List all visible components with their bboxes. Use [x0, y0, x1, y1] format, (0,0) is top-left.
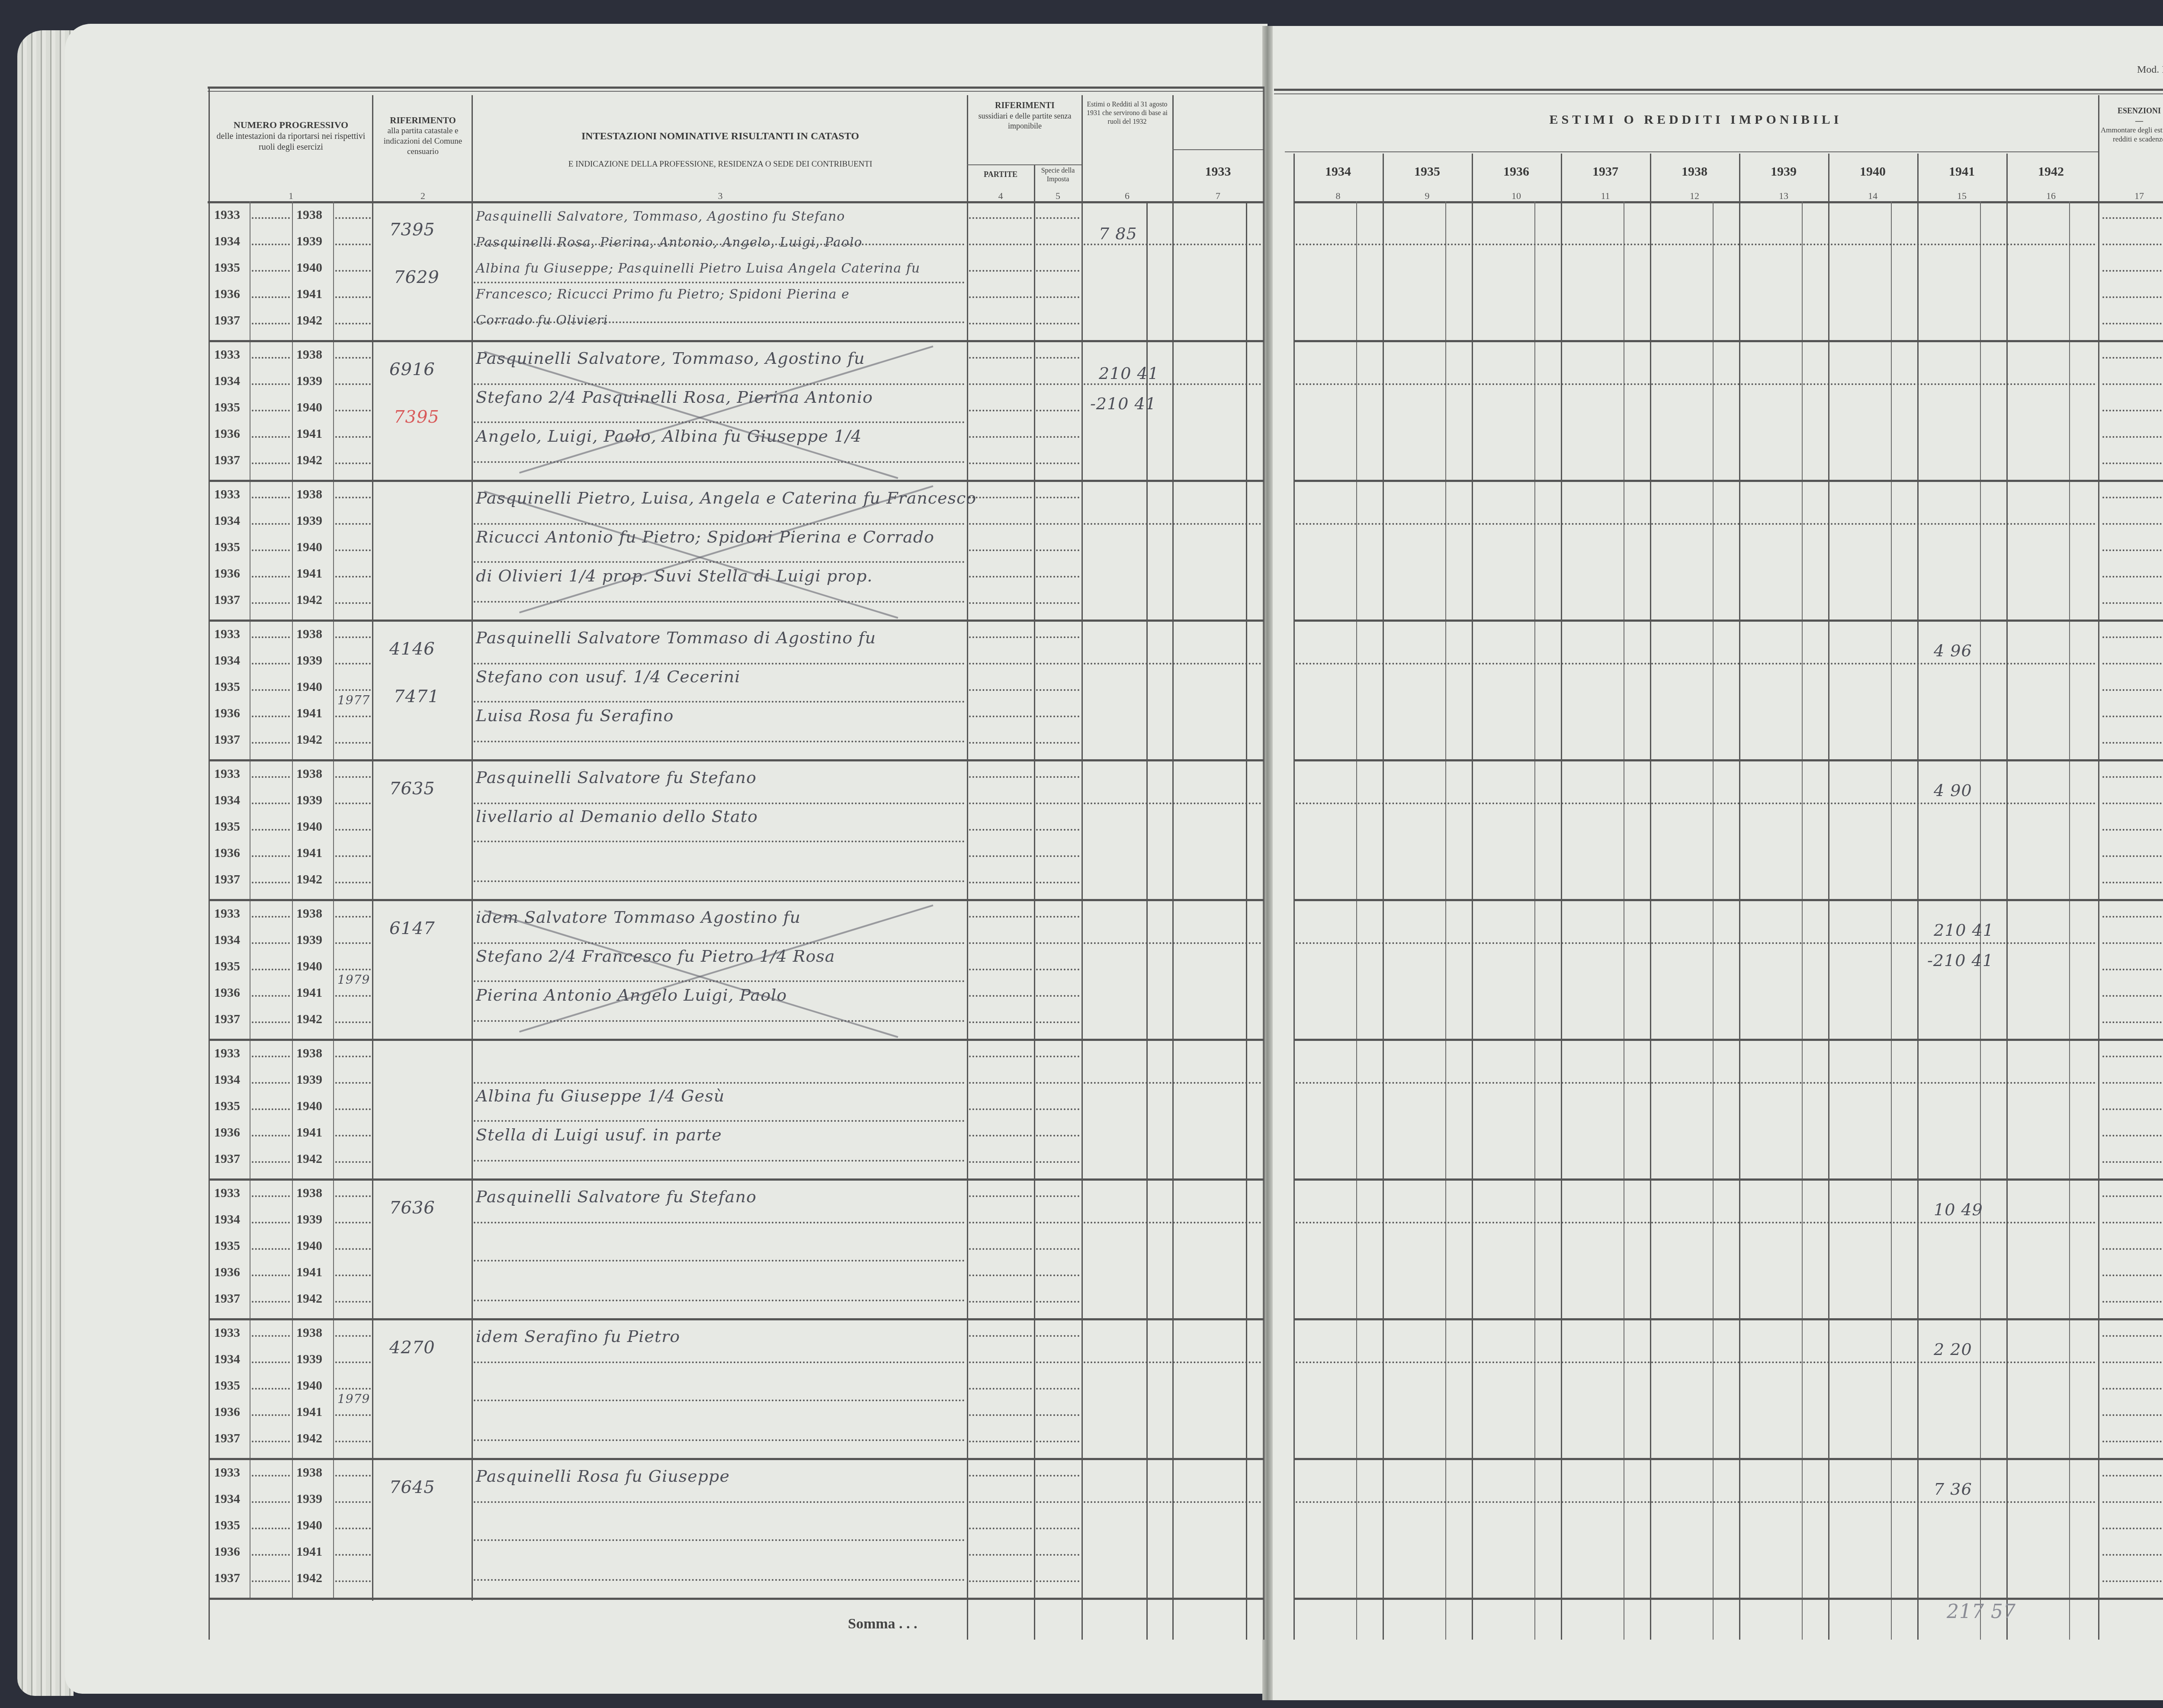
dotted-fill: [1036, 995, 1079, 997]
dotted-fill: [474, 1222, 965, 1223]
dotted-fill: [1036, 217, 1079, 219]
block-divider-right: [1293, 899, 2163, 901]
dotted-fill: [474, 1260, 965, 1262]
dotted-fill: [1036, 882, 1079, 883]
year-label: 1942: [296, 1571, 322, 1586]
year-header-1937: 1937: [1561, 164, 1650, 179]
intestazione-line: Luisa Rosa fu Serafino: [476, 706, 674, 725]
partita-note: 1977: [337, 693, 370, 707]
col3-subtitle: E INDICAZIONE DELLA PROFESSIONE, RESIDEN…: [474, 159, 967, 170]
dotted-fill: [1036, 357, 1079, 359]
dotted-fill: [1084, 803, 1261, 804]
dotted-fill: [335, 882, 371, 883]
dotted-fill: [969, 576, 1032, 578]
dotted-fill: [335, 576, 371, 578]
intestazione-line: Pasquinelli Rosa, Pierina, Antonio, Ange…: [476, 235, 862, 250]
dotted-fill: [335, 1441, 371, 1442]
dotted-fill: [1036, 1301, 1079, 1303]
year-label: 1933: [214, 627, 240, 642]
dotted-fill: [969, 1475, 1032, 1477]
dotted-fill: [335, 916, 371, 918]
dotted-fill: [969, 323, 1032, 324]
estimi-group-title: ESTIMI O REDDITI IMPONIBILI: [1293, 112, 2098, 128]
year-label: 1936: [214, 287, 240, 302]
dotted-fill: [1036, 1222, 1079, 1223]
dotted-fill: [969, 995, 1032, 997]
year-label: 1933: [214, 1186, 240, 1201]
dotted-fill: [1036, 1161, 1079, 1163]
partita-number: 6916: [389, 360, 435, 379]
dotted-fill: [969, 969, 1032, 970]
year-label: 1940: [296, 959, 322, 974]
dotted-fill: [2102, 1275, 2163, 1276]
year-label: 1942: [296, 1152, 322, 1166]
somma-1941-value: 217 57: [1947, 1601, 2016, 1623]
dotted-fill: [252, 1554, 290, 1556]
year-label: 1933: [214, 1465, 240, 1480]
dotted-fill: [335, 549, 371, 551]
dotted-fill: [474, 1361, 965, 1363]
dotted-fill: [335, 716, 371, 717]
year-label: 1935: [214, 1378, 240, 1393]
dotted-fill: [969, 523, 1032, 525]
dotted-fill: [969, 1195, 1032, 1197]
cents-divider: [1802, 201, 1803, 1640]
block-divider-left: [209, 1318, 1264, 1320]
year-label: 1938: [296, 627, 322, 642]
dotted-fill: [2102, 1021, 2163, 1023]
intestazione-line: Albina fu Giuseppe; Pasquinelli Pietro L…: [476, 261, 920, 276]
dotted-fill: [252, 969, 290, 970]
dotted-fill: [1084, 942, 1261, 944]
year-header-1942: 1942: [2006, 164, 2096, 179]
dotted-fill: [1296, 1361, 2096, 1363]
dotted-fill: [252, 1021, 290, 1023]
dotted-fill: [252, 410, 290, 411]
year-header-1936: 1936: [1472, 164, 1561, 179]
year-column-number: 13: [1739, 190, 1828, 202]
dotted-fill: [969, 1441, 1032, 1442]
year-label: 1940: [296, 1518, 322, 1533]
partita-note: 1979: [337, 973, 370, 987]
year-label: 1941: [296, 287, 322, 302]
year-label: 1940: [296, 400, 322, 415]
intestazione-line: Pasquinelli Pietro, Luisa, Angela e Cate…: [476, 488, 976, 507]
year-label: 1940: [296, 260, 322, 275]
year-column-divider: [1739, 154, 1740, 1640]
intestazione-line: Pasquinelli Salvatore, Tommaso, Agostino…: [476, 349, 865, 368]
year-label: 1933: [214, 906, 240, 921]
partita-number: 7395: [389, 220, 435, 240]
dotted-fill: [1036, 829, 1079, 831]
dotted-fill: [335, 942, 371, 944]
intestazione-line: Angelo, Luigi, Paolo, Albina fu Giuseppe…: [476, 427, 862, 446]
dotted-fill: [252, 1388, 290, 1390]
dotted-fill: [2102, 636, 2163, 638]
dotted-fill: [969, 663, 1032, 665]
dotted-fill: [474, 663, 965, 665]
year-label: 1935: [214, 819, 240, 834]
dotted-fill: [2102, 383, 2163, 385]
dotted-fill: [335, 803, 371, 804]
dotted-fill: [252, 1501, 290, 1503]
dotted-fill: [474, 841, 965, 842]
dotted-fill: [335, 663, 371, 665]
dotted-fill: [335, 357, 371, 359]
dotted-fill: [252, 776, 290, 778]
dotted-fill: [252, 323, 290, 324]
cents-divider: [1534, 201, 1535, 1640]
dotted-fill: [1036, 716, 1079, 717]
dotted-fill: [252, 1195, 290, 1197]
year-label: 1939: [296, 374, 322, 388]
intestazione-line: Albina fu Giuseppe 1/4 Gesù: [476, 1086, 725, 1105]
dotted-fill: [2102, 357, 2163, 359]
dotted-fill: [969, 1082, 1032, 1084]
dotted-fill: [2102, 776, 2163, 778]
dotted-fill: [969, 1361, 1032, 1363]
partita-number-secondary: 7471: [394, 687, 440, 706]
intestazione-line: Pasquinelli Salvatore fu Stefano: [476, 1187, 757, 1206]
dotted-fill: [252, 742, 290, 744]
dotted-fill: [252, 716, 290, 717]
dotted-fill: [1036, 776, 1079, 778]
year-label: 1935: [214, 1518, 240, 1533]
dotted-fill: [969, 942, 1032, 944]
intestazione-line: Pasquinelli Salvatore Tommaso di Agostin…: [476, 628, 876, 647]
dotted-fill: [1296, 1082, 2096, 1084]
cents-divider: [1445, 201, 1446, 1640]
dotted-fill: [335, 1021, 371, 1023]
dotted-fill: [474, 880, 965, 882]
dotted-fill: [474, 1082, 965, 1084]
partita-number-secondary: 7629: [394, 267, 440, 287]
dotted-fill: [2102, 1335, 2163, 1337]
year-label: 1936: [214, 427, 240, 441]
dotted-fill: [335, 1275, 371, 1276]
year-label: 1942: [296, 313, 322, 328]
year-label: 1941: [296, 1544, 322, 1559]
dotted-fill: [474, 601, 965, 603]
dotted-fill: [2102, 1222, 2163, 1223]
block-divider-right: [1293, 1039, 2163, 1041]
dotted-fill: [969, 497, 1032, 498]
dotted-fill: [969, 1248, 1032, 1250]
dotted-fill: [2102, 855, 2163, 857]
dotted-fill: [1296, 383, 2096, 385]
year-label: 1934: [214, 1212, 240, 1227]
dotted-fill: [335, 1108, 371, 1110]
dotted-fill: [252, 1082, 290, 1084]
year-label: 1937: [214, 1291, 240, 1306]
dotted-fill: [335, 244, 371, 245]
block-divider-right: [1293, 1458, 2163, 1460]
dotted-fill: [969, 882, 1032, 883]
dotted-fill: [252, 829, 290, 831]
col45-header: RIFERIMENTI sussidiari e delle partite s…: [968, 100, 1081, 131]
year-column-divider: [1383, 154, 1384, 1640]
dotted-fill: [1036, 1441, 1079, 1442]
year-column-divider: [2006, 154, 2008, 1640]
estimo-1941-correction: -210 41: [1927, 951, 1993, 970]
dotted-fill: [474, 1439, 965, 1441]
dotted-fill: [1036, 383, 1079, 385]
dotted-fill: [2102, 829, 2163, 831]
year-label: 1941: [296, 706, 322, 721]
intestazione-line: di Olivieri 1/4 prop. Suvi Stella di Lui…: [476, 566, 873, 585]
dotted-fill: [1036, 689, 1079, 691]
dotted-fill: [1084, 663, 1261, 665]
dotted-fill: [335, 1501, 371, 1503]
dotted-fill: [252, 549, 290, 551]
year-header-1938: 1938: [1650, 164, 1739, 179]
dotted-fill: [252, 1248, 290, 1250]
dotted-fill: [335, 1335, 371, 1337]
year-label: 1940: [296, 680, 322, 694]
dotted-fill: [335, 689, 371, 691]
dotted-fill: [335, 1222, 371, 1223]
year-label: 1938: [296, 1046, 322, 1061]
dotted-fill: [252, 1335, 290, 1337]
cents-divider: [1624, 201, 1624, 1640]
dotted-fill: [2102, 1301, 2163, 1303]
dotted-fill: [252, 803, 290, 804]
block-divider-right: [1293, 1318, 2163, 1320]
dotted-fill: [2102, 1580, 2163, 1582]
col2-subtitle: alla partita catastale e indicazioni del…: [374, 126, 472, 157]
year-label: 1936: [214, 1405, 240, 1419]
block-divider-left: [209, 1178, 1264, 1181]
dotted-fill: [2102, 803, 2163, 804]
dotted-fill: [474, 803, 965, 804]
year-label: 1938: [296, 487, 322, 502]
year-label: 1934: [214, 1352, 240, 1367]
dotted-fill: [1036, 942, 1079, 944]
year-label: 1933: [214, 1046, 240, 1061]
dotted-fill: [2102, 942, 2163, 944]
dotted-fill: [969, 1161, 1032, 1163]
dotted-fill: [2102, 1414, 2163, 1416]
dotted-fill: [2102, 410, 2163, 411]
block-divider-left: [209, 340, 1264, 342]
col2-title: RIFERIMENTO: [374, 115, 472, 126]
year-label: 1941: [296, 846, 322, 860]
dotted-fill: [2102, 576, 2163, 578]
dotted-fill: [969, 1335, 1032, 1337]
dotted-fill: [2102, 916, 2163, 918]
esenzioni-subtitle: Ammontare degli estimi o redditi e scade…: [2100, 125, 2163, 144]
year-label: 1936: [214, 706, 240, 721]
dotted-fill: [252, 1135, 290, 1137]
dotted-fill: [1036, 497, 1079, 498]
estimo-1941-value: 210 41: [1934, 921, 1994, 940]
dotted-fill: [335, 969, 371, 970]
esenzioni-header: ESENZIONI — Ammontare degli estimi o red…: [2100, 106, 2163, 144]
dotted-fill: [1296, 523, 2096, 525]
dotted-fill: [969, 1580, 1032, 1582]
dotted-fill: [335, 636, 371, 638]
dotted-fill: [1084, 1082, 1261, 1084]
dotted-fill: [252, 1528, 290, 1529]
year-label: 1937: [214, 1012, 240, 1027]
dotted-fill: [969, 462, 1032, 464]
dotted-fill: [969, 217, 1032, 219]
year-column-number: 9: [1383, 190, 1472, 202]
year-label: 1942: [296, 453, 322, 468]
estimo-1941-value: 7 36: [1934, 1480, 1972, 1499]
dotted-fill: [969, 410, 1032, 411]
dotted-fill: [2102, 1056, 2163, 1057]
dotted-fill: [1296, 244, 2096, 245]
dotted-fill: [1036, 916, 1079, 918]
estimo-1931-value: 210 41: [1099, 364, 1159, 383]
dotted-fill: [969, 1301, 1032, 1303]
dotted-fill: [1296, 1501, 2096, 1503]
year-column-number: 15: [1917, 190, 2006, 202]
dotted-fill: [969, 436, 1032, 438]
dotted-fill: [2102, 1082, 2163, 1084]
year-label: 1937: [214, 732, 240, 747]
year-column-divider: [1650, 154, 1651, 1640]
dotted-fill: [2102, 1441, 2163, 1442]
dotted-fill: [1036, 1082, 1079, 1084]
year-label: 1941: [296, 1405, 322, 1419]
dotted-fill: [335, 462, 371, 464]
dotted-fill: [1036, 855, 1079, 857]
estimo-1941-value: 2 20: [1934, 1340, 1972, 1359]
year-label: 1942: [296, 872, 322, 887]
block-divider-right: [1293, 1598, 2163, 1600]
year-column-number: 12: [1650, 190, 1739, 202]
dotted-fill: [969, 1414, 1032, 1416]
year-label: 1937: [214, 1571, 240, 1586]
dotted-fill: [335, 1388, 371, 1390]
col45-subtitle: sussidiari e delle partite senza imponib…: [968, 111, 1081, 131]
year-label: 1937: [214, 593, 240, 607]
dotted-fill: [335, 742, 371, 744]
col3-title: INTESTAZIONI NOMINATIVE RISULTANTI IN CA…: [474, 130, 967, 143]
dotted-fill: [335, 1082, 371, 1084]
year-header-1941: 1941: [1917, 164, 2006, 179]
dotted-fill: [969, 855, 1032, 857]
year-label: 1939: [296, 1352, 322, 1367]
col7-number: 7: [1174, 190, 1262, 202]
partita-number-secondary: 7395: [394, 407, 440, 427]
col1-subtitle: delle intestazioni da riportarsi nei ris…: [210, 131, 372, 153]
year-label: 1934: [214, 653, 240, 668]
dotted-fill: [2102, 882, 2163, 883]
dotted-fill: [969, 1528, 1032, 1529]
dotted-fill: [2102, 497, 2163, 498]
estimo-1931-correction: -210 41: [1090, 394, 1156, 413]
dotted-fill: [2102, 1554, 2163, 1556]
col2-number: 2: [374, 190, 472, 202]
dotted-fill: [2102, 523, 2163, 525]
dotted-fill: [335, 383, 371, 385]
block-divider-left: [209, 1458, 1264, 1460]
dotted-fill: [252, 1441, 290, 1442]
dotted-fill: [474, 1160, 965, 1162]
dotted-fill: [2102, 296, 2163, 298]
dotted-fill: [1036, 602, 1079, 604]
block-divider-right: [1293, 620, 2163, 622]
year-column-number: 16: [2006, 190, 2096, 202]
dotted-fill: [2102, 1248, 2163, 1250]
dotted-fill: [1036, 270, 1079, 272]
intestazione-line: Stella di Luigi usuf. in parte: [476, 1125, 722, 1144]
dotted-fill: [969, 689, 1032, 691]
dotted-fill: [2102, 1361, 2163, 1363]
col4-number: 4: [968, 190, 1033, 202]
dotted-fill: [2102, 1528, 2163, 1529]
dotted-fill: [252, 916, 290, 918]
dotted-fill: [1084, 523, 1261, 525]
dotted-fill: [474, 942, 965, 944]
dotted-fill: [969, 803, 1032, 804]
dotted-fill: [335, 497, 371, 498]
year-label: 1938: [296, 906, 322, 921]
partita-number: 4146: [389, 639, 435, 659]
dotted-fill: [1036, 1361, 1079, 1363]
dotted-fill: [335, 523, 371, 525]
dotted-fill: [252, 576, 290, 578]
dotted-fill: [1036, 969, 1079, 970]
year-label: 1934: [214, 374, 240, 388]
dotted-fill: [2102, 1135, 2163, 1137]
dotted-fill: [252, 1108, 290, 1110]
dotted-fill: [1036, 636, 1079, 638]
year-column-divider: [1472, 154, 1473, 1640]
dotted-fill: [969, 1135, 1032, 1137]
dotted-fill: [335, 1301, 371, 1303]
dotted-fill: [335, 1056, 371, 1057]
year-label: 1938: [296, 1186, 322, 1201]
dotted-fill: [335, 602, 371, 604]
dotted-fill: [474, 1539, 965, 1541]
year-label: 1937: [214, 313, 240, 328]
intestazione-line: Pasquinelli Salvatore fu Stefano: [476, 768, 757, 787]
dotted-fill: [1036, 1021, 1079, 1023]
dotted-fill: [969, 1222, 1032, 1223]
dotted-fill: [252, 663, 290, 665]
dotted-fill: [474, 461, 965, 463]
dotted-fill: [252, 1475, 290, 1477]
dotted-fill: [474, 1579, 965, 1581]
dotted-fill: [1036, 1275, 1079, 1276]
partita-number: 4270: [389, 1338, 435, 1358]
dotted-fill: [969, 1388, 1032, 1390]
year-label: 1939: [296, 1212, 322, 1227]
dotted-fill: [2102, 716, 2163, 717]
dotted-fill: [252, 1301, 290, 1303]
estimo-1931-value: 7 85: [1099, 224, 1137, 243]
year-label: 1936: [214, 1265, 240, 1280]
year-header-1939: 1939: [1739, 164, 1828, 179]
col5-title: Specie della Imposta: [1035, 167, 1081, 184]
year-label: 1937: [214, 453, 240, 468]
dotted-fill: [969, 636, 1032, 638]
dotted-fill: [335, 855, 371, 857]
dotted-fill: [969, 549, 1032, 551]
dotted-fill: [2102, 969, 2163, 970]
year-label: 1936: [214, 566, 240, 581]
year-label: 1939: [296, 234, 322, 249]
dotted-fill: [969, 776, 1032, 778]
dotted-fill: [2102, 995, 2163, 997]
dotted-fill: [1036, 742, 1079, 744]
year-label: 1935: [214, 540, 240, 555]
year-label: 1942: [296, 1291, 322, 1306]
